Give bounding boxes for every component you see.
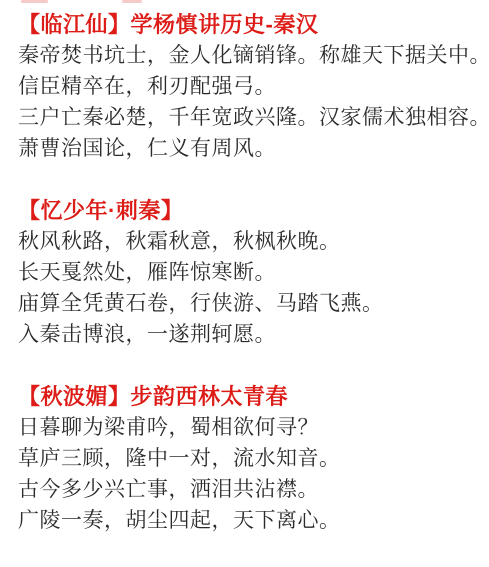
poem-line: 三户亡秦必楚，千年宽政兴隆。汉家儒术独相容。: [18, 102, 481, 133]
poem-line: 古今多少兴亡事，洒泪共沾襟。: [18, 474, 481, 505]
cut-off-text-fragment: [21, 0, 48, 3]
poem-line: 日暮聊为梁甫吟，蜀相欲何寻？: [18, 412, 481, 443]
poem-title: 【秋波媚】步韵西林太青春: [18, 381, 481, 412]
poem-line: 庙算全凭黄石卷，行侠游、马踏飞燕。: [18, 288, 481, 319]
poem-section-linjiangxian: 【临江仙】学杨慎讲历史-秦汉 秦帝焚书坑士，金人化镝销锋。称雄天下据关中。 信臣…: [18, 9, 481, 164]
poem-line: 广陵一奏，胡尘四起，天下离心。: [18, 505, 481, 536]
poem-section-yishaonian: 【忆少年·刺秦】 秋风秋路，秋霜秋意，秋枫秋晚。 长天戛然处，雁阵惊寒断。 庙算…: [18, 195, 481, 350]
poem-line: 入秦击博浪，一遂荆轲愿。: [18, 319, 481, 350]
poem-line: 秋风秋路，秋霜秋意，秋枫秋晚。: [18, 226, 481, 257]
poem-line: 信臣精卒在，利刃配强弓。: [18, 71, 481, 102]
poem-line: 长天戛然处，雁阵惊寒断。: [18, 257, 481, 288]
poem-section-qiubomei: 【秋波媚】步韵西林太青春 日暮聊为梁甫吟，蜀相欲何寻？ 草庐三顾，隆中一对，流水…: [18, 381, 481, 536]
poem-title: 【忆少年·刺秦】: [18, 195, 481, 226]
poem-line: 萧曹治国论，仁义有周风。: [18, 133, 481, 164]
poem-line: 草庐三顾，隆中一对，流水知音。: [18, 443, 481, 474]
poem-title: 【临江仙】学杨慎讲历史-秦汉: [18, 9, 481, 40]
poem-document-page: 【临江仙】学杨慎讲历史-秦汉 秦帝焚书坑士，金人化镝销锋。称雄天下据关中。 信臣…: [0, 0, 489, 567]
cut-off-previous-line: [0, 0, 489, 4]
poem-line: 秦帝焚书坑士，金人化镝销锋。称雄天下据关中。: [18, 40, 481, 71]
cut-off-text-fragment: [122, 0, 142, 3]
